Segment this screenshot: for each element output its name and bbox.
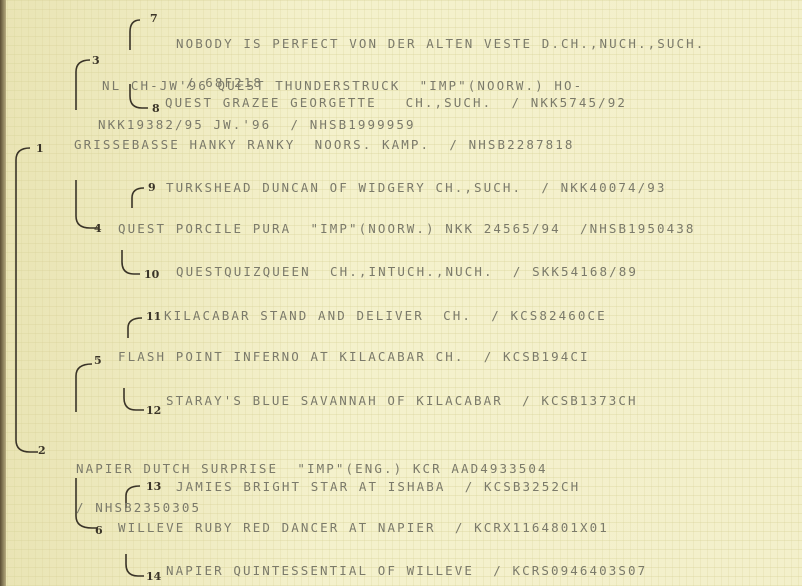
entry-number-10: 10 <box>144 268 159 281</box>
entry-10: QUESTQUIZQUEEN CH.,INTUCH.,NUCH. / SKK54… <box>176 265 638 278</box>
entry-2-line1: NAPIER DUTCH SURPRISE "IMP"(ENG.) KCR AA… <box>76 462 548 475</box>
entry-number-1: 1 <box>36 142 44 155</box>
entry-4: QUEST PORCILE PURA "IMP"(NOORW.) NKK 245… <box>118 222 696 235</box>
entry-number-5: 5 <box>94 354 102 367</box>
entry-12: STARAY'S BLUE SAVANNAH OF KILACABAR / KC… <box>166 394 638 407</box>
entry-number-2: 2 <box>38 444 46 457</box>
entry-2-line2: / NHSB2350305 <box>76 501 548 514</box>
entry-number-7: 7 <box>150 12 158 25</box>
entry-1: GRISSEBASSE HANKY RANKY NOORS. KAMP. / N… <box>74 138 575 151</box>
entry-7-line1: NOBODY IS PERFECT VON DER ALTEN VESTE D.… <box>176 37 705 50</box>
entry-11: KILACABAR STAND AND DELIVER CH. / KCS824… <box>164 309 607 322</box>
entry-9: TURKSHEAD DUNCAN OF WIDGERY CH.,SUCH. / … <box>166 181 667 194</box>
entry-number-9: 9 <box>148 181 156 194</box>
entry-13: JAMIES BRIGHT STAR AT ISHABA / KCSB3252C… <box>176 480 580 493</box>
entry-3-line2: NKK19382/95 JW.'96 / NHSB1999959 <box>78 118 583 131</box>
entry-number-12: 12 <box>146 404 161 417</box>
entry-number-14: 14 <box>146 570 161 583</box>
entry-8: QUEST GRAZEE GEORGETTE CH.,SUCH. / NKK57… <box>165 96 627 109</box>
entry-3-line1: NL CH-JW'96 QUEST THUNDERSTRUCK "IMP"(NO… <box>78 79 583 92</box>
entry-6: WILLEVE RUBY RED DANCER AT NAPIER / KCRX… <box>118 521 609 534</box>
entry-5: FLASH POINT INFERNO AT KILACABAR CH. / K… <box>118 350 590 363</box>
entry-14: NAPIER QUINTESSENTIAL OF WILLEVE / KCRS0… <box>166 564 647 577</box>
entry-number-4: 4 <box>94 222 102 235</box>
entry-number-11: 11 <box>146 310 161 323</box>
